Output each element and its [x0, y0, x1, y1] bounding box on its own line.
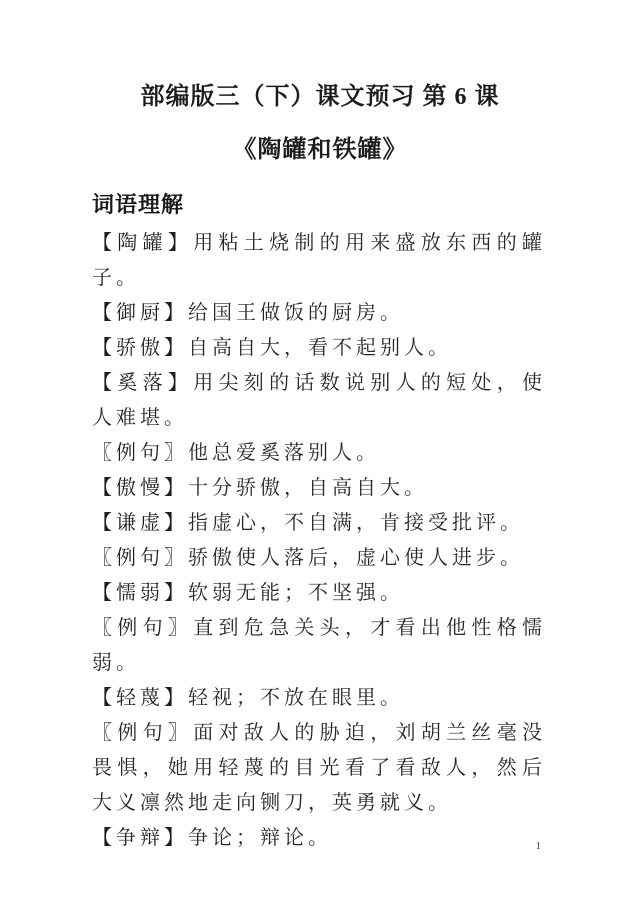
entry-text: 轻视；不放在眼里。: [188, 687, 404, 709]
entry-term: 【傲慢】: [92, 477, 188, 499]
definition-entry: 【傲慢】十分骄傲，自高自大。: [92, 471, 546, 506]
definition-entry: 【谦虚】指虚心，不自满，肯接受批评。: [92, 506, 546, 541]
entry-term: 【轻蔑】: [92, 687, 188, 709]
entry-term: 〖例句〗: [92, 547, 188, 569]
definition-entry: 【御厨】给国王做饭的厨房。: [92, 296, 546, 331]
definition-entry: 【懦弱】软弱无能；不坚强。: [92, 576, 546, 611]
entry-term: 〖例句〗: [92, 722, 193, 744]
document-subtitle: 《陶罐和铁罐》: [0, 129, 640, 164]
entry-text: 骄傲使人落后，虚心使人进步。: [188, 547, 524, 569]
definition-entry: 【陶罐】用粘土烧制的用来盛放东西的罐子。: [92, 226, 546, 296]
definition-entry: 【奚落】用尖刻的话数说别人的短处，使人难堪。: [92, 366, 546, 436]
definition-entry: 【轻蔑】轻视；不放在眼里。: [92, 681, 546, 716]
entry-text: 给国王做饭的厨房。: [188, 302, 404, 324]
document-page: 部编版三（下）课文预习 第 6 课 《陶罐和铁罐》 词语理解 【陶罐】用粘土烧制…: [0, 0, 640, 905]
example-entry: 〖例句〗直到危急关头，才看出他性格懦弱。: [92, 611, 546, 681]
entry-text: 争论；辩论。: [188, 827, 332, 849]
entry-term: 〖例句〗: [92, 617, 193, 639]
definition-entry: 【骄傲】自高自大，看不起别人。: [92, 331, 546, 366]
entry-text: 软弱无能；不坚强。: [188, 582, 404, 604]
entry-term: 【懦弱】: [92, 582, 188, 604]
example-entry: 〖例句〗骄傲使人落后，虚心使人进步。: [92, 541, 546, 576]
entry-text: 他总爱奚落别人。: [188, 442, 380, 464]
entry-term: 【争辩】: [92, 827, 188, 849]
definition-list: 【陶罐】用粘土烧制的用来盛放东西的罐子。 【御厨】给国王做饭的厨房。 【骄傲】自…: [92, 226, 546, 856]
entry-text: 指虚心，不自满，肯接受批评。: [188, 512, 524, 534]
entry-term: 【谦虚】: [92, 512, 188, 534]
entry-term: 【骄傲】: [92, 337, 188, 359]
entry-term: 【奚落】: [92, 372, 193, 394]
document-content: 词语理解 【陶罐】用粘土烧制的用来盛放东西的罐子。 【御厨】给国王做饭的厨房。 …: [0, 188, 640, 856]
section-heading-word-comprehension: 词语理解: [92, 188, 546, 219]
entry-term: 【陶罐】: [92, 232, 193, 254]
example-entry: 〖例句〗他总爱奚落别人。: [92, 436, 546, 471]
definition-entry: 【争辩】争论；辩论。: [92, 821, 546, 856]
entry-text: 十分骄傲，自高自大。: [188, 477, 428, 499]
entry-text: 自高自大，看不起别人。: [188, 337, 452, 359]
entry-term: 〖例句〗: [92, 442, 188, 464]
page-number: 1: [536, 840, 542, 852]
entry-term: 【御厨】: [92, 302, 188, 324]
document-title: 部编版三（下）课文预习 第 6 课: [0, 0, 640, 111]
example-entry: 〖例句〗面对敌人的胁迫，刘胡兰丝毫没畏惧，她用轻蔑的目光看了看敌人，然后大义凛然…: [92, 716, 546, 821]
